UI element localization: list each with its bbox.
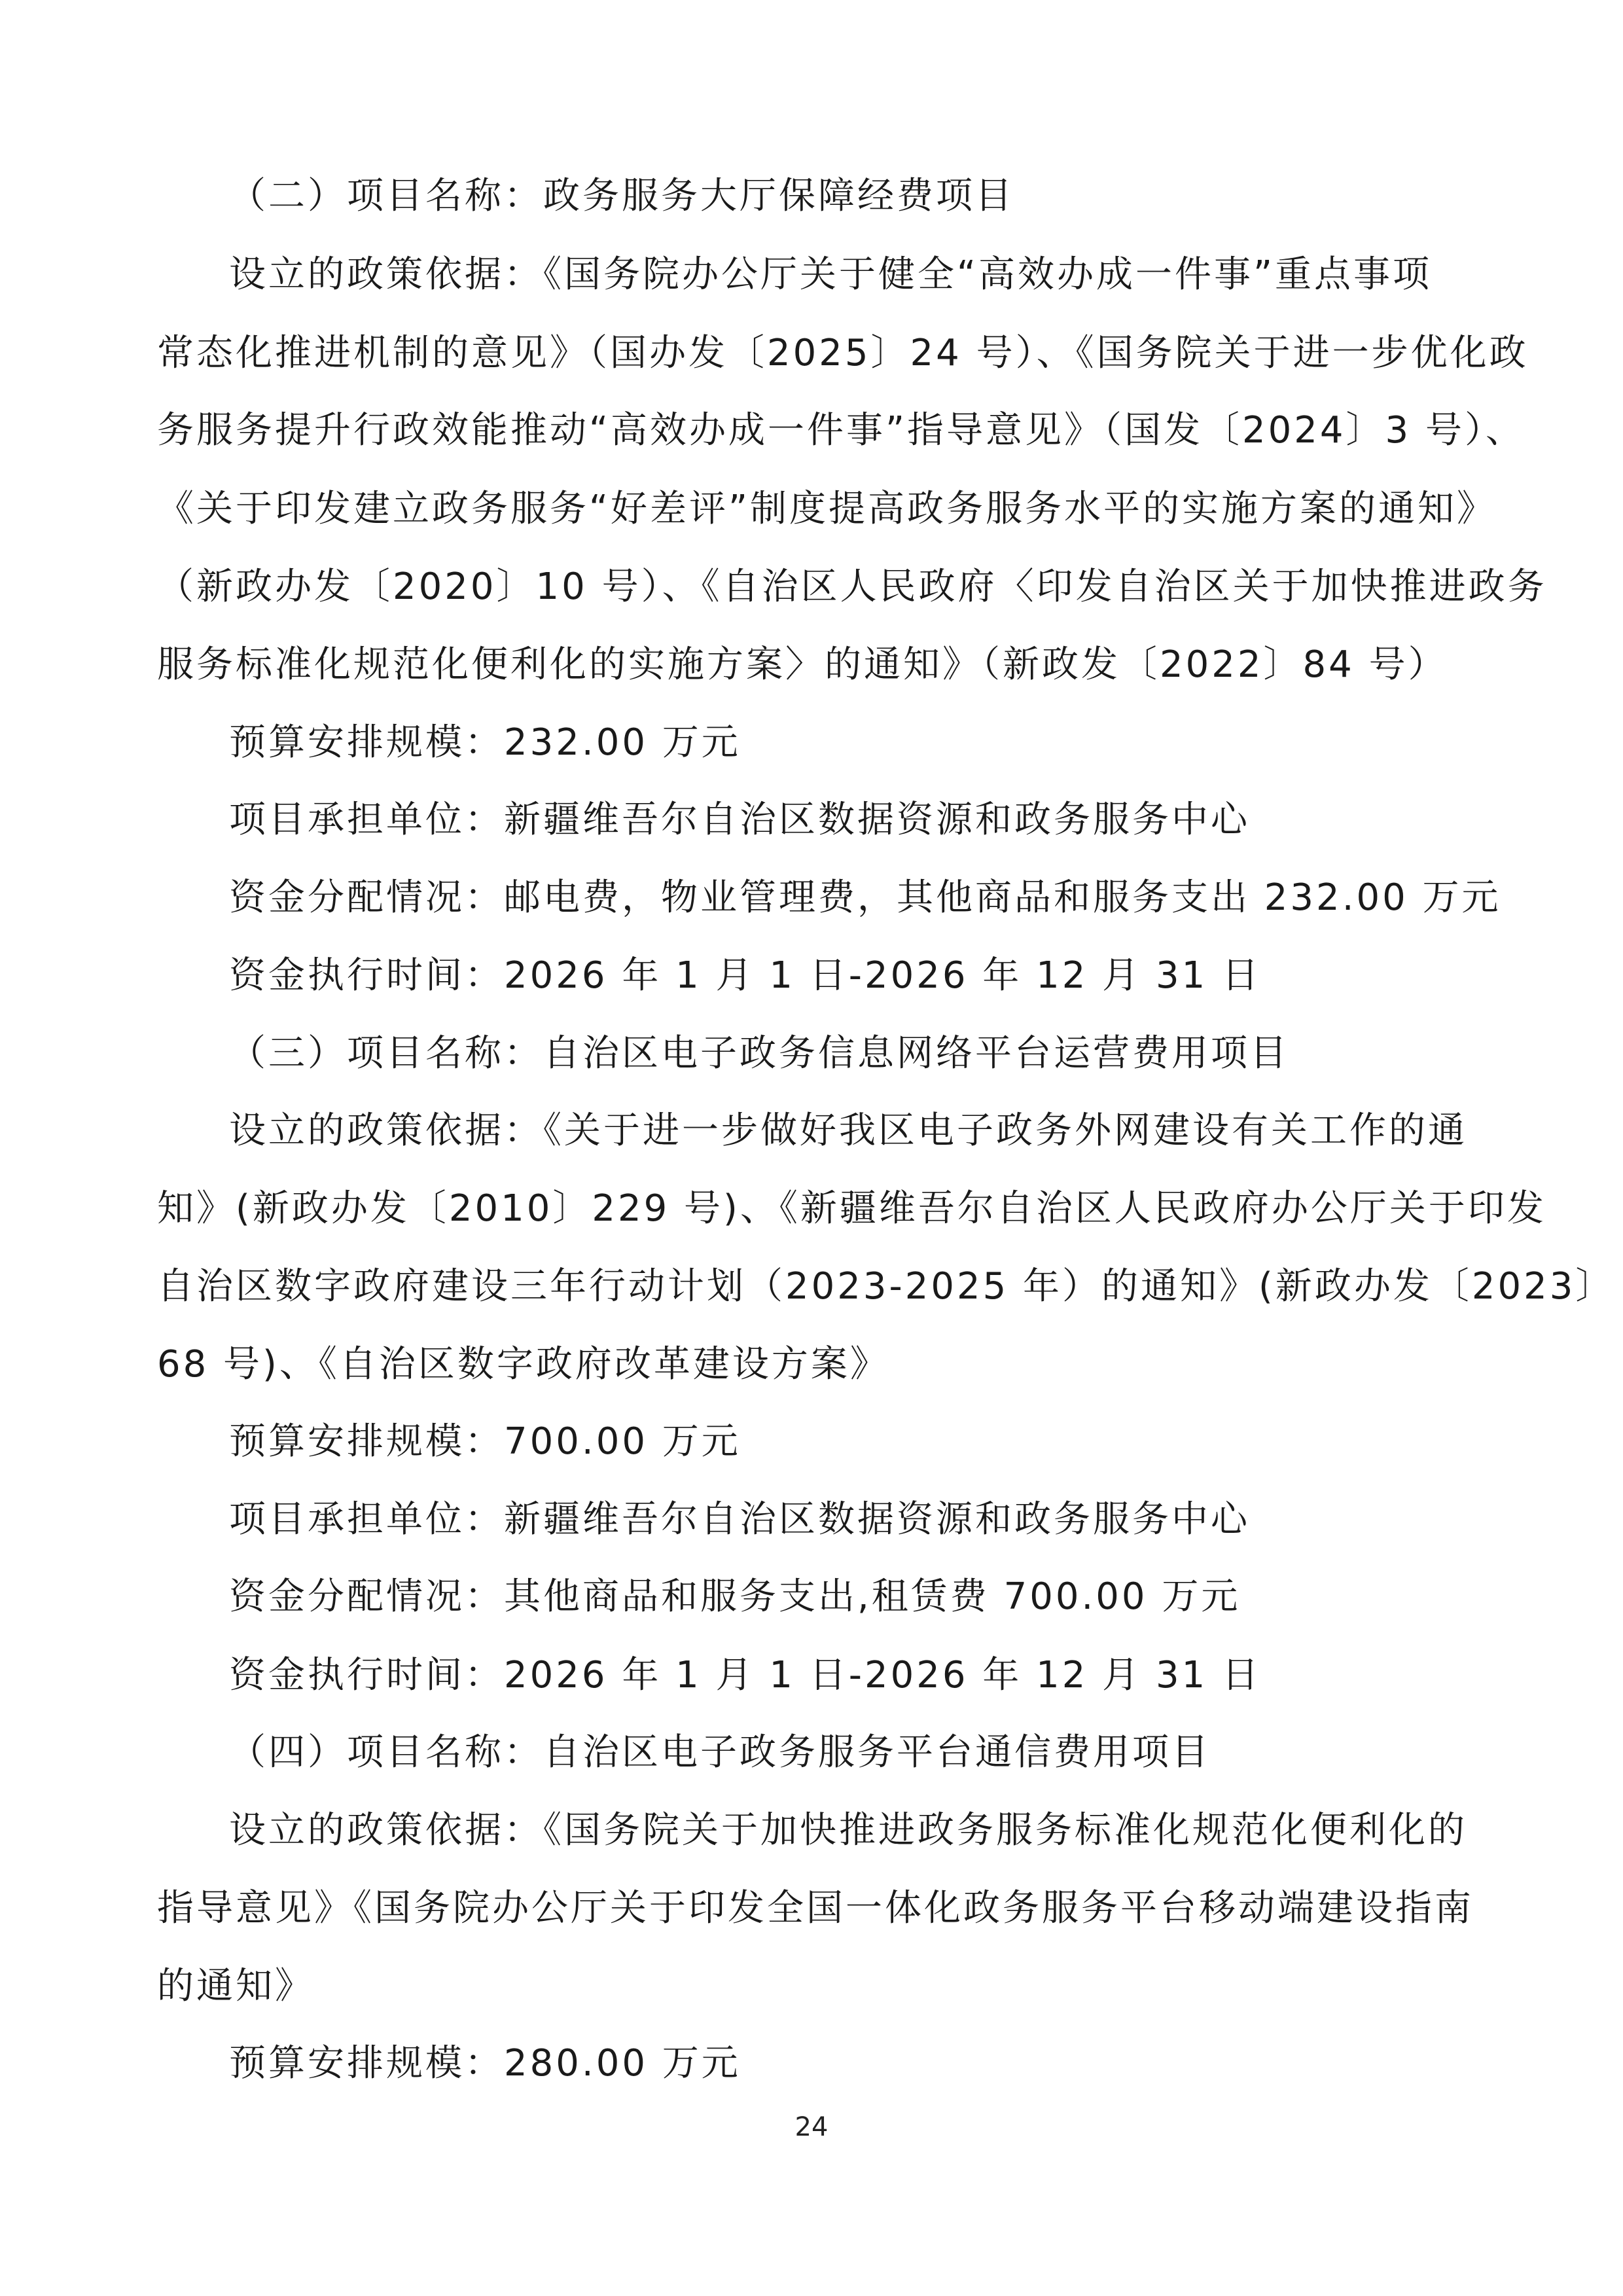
section-2-policy-basis-cont: 务服务提升行政效能推动“高效办成一件事”指导意见》（国发〔2024〕3 号）、 bbox=[157, 404, 1525, 457]
section-3-policy-basis-cont: 自治区数字政府建设三年行动计划（2023-2025 年）的通知》(新政办发〔20… bbox=[157, 1261, 1614, 1313]
section-2-policy-basis-cont: 《关于印发建立政务服务“好差评”制度提高政务服务水平的实施方案的通知》 bbox=[157, 483, 1496, 535]
section-2-policy-basis-cont: 服务标准化规范化便利化的实施方案〉的通知》（新政发〔2022〕84 号） bbox=[157, 639, 1448, 691]
section-3-allocation: 资金分配情况：其他商品和服务支出,租赁费 700.00 万元 bbox=[229, 1571, 1240, 1623]
section-2-budget: 预算安排规模：232.00 万元 bbox=[229, 717, 741, 769]
section-4-title: （四）项目名称：自治区电子政务服务平台通信费用项目 bbox=[229, 1727, 1211, 1779]
section-3-period: 资金执行时间：2026 年 1 月 1 日-2026 年 12 月 31 日 bbox=[229, 1649, 1261, 1702]
section-4-policy-basis: 设立的政策依据：《国务院关于加快推进政务服务标准化规范化便利化的 bbox=[229, 1804, 1467, 1857]
section-4-policy-basis-cont: 的通知》 bbox=[157, 1960, 314, 2013]
section-4-policy-basis-cont: 指导意见》《国务院办公厅关于印发全国一体化政务服务平台移动端建设指南 bbox=[157, 1882, 1474, 1935]
section-3-policy-basis-cont: 68 号)、《自治区数字政府改革建设方案》 bbox=[157, 1338, 889, 1391]
section-4-budget: 预算安排规模：280.00 万元 bbox=[229, 2037, 741, 2090]
section-3-budget: 预算安排规模：700.00 万元 bbox=[229, 1416, 741, 1468]
section-2-unit: 项目承担单位：新疆维吾尔自治区数据资源和政务服务中心 bbox=[229, 794, 1250, 846]
section-2-policy-basis-cont: 常态化推进机制的意见》（国办发〔2025〕24 号）、《国务院关于进一步优化政 bbox=[157, 327, 1529, 380]
section-3-policy-basis-cont: 知》(新政办发〔2010〕229 号)、《新疆维吾尔自治区人民政府办公厅关于印发 bbox=[157, 1183, 1546, 1235]
section-2-period: 资金执行时间：2026 年 1 月 1 日-2026 年 12 月 31 日 bbox=[229, 950, 1261, 1002]
section-2-policy-basis-cont: （新政办发〔2020〕10 号）、《自治区人民政府〈印发自治区关于加快推进政务 bbox=[157, 561, 1547, 613]
section-3-unit: 项目承担单位：新疆维吾尔自治区数据资源和政务服务中心 bbox=[229, 1494, 1250, 1546]
page-number: 24 bbox=[0, 2111, 1623, 2144]
section-2-title: （二）项目名称：政务服务大厅保障经费项目 bbox=[229, 170, 1014, 223]
section-3-title: （三）项目名称：自治区电子政务信息网络平台运营费用项目 bbox=[229, 1028, 1289, 1080]
section-2-policy-basis: 设立的政策依据：《国务院办公厅关于健全“高效办成一件事”重点事项 bbox=[229, 249, 1432, 301]
document-page: （二）项目名称：政务服务大厅保障经费项目 设立的政策依据：《国务院办公厅关于健全… bbox=[0, 0, 1623, 2296]
section-3-policy-basis: 设立的政策依据：《关于进一步做好我区电子政务外网建设有关工作的通 bbox=[229, 1105, 1467, 1157]
section-2-allocation: 资金分配情况：邮电费，物业管理费，其他商品和服务支出 232.00 万元 bbox=[229, 872, 1501, 924]
